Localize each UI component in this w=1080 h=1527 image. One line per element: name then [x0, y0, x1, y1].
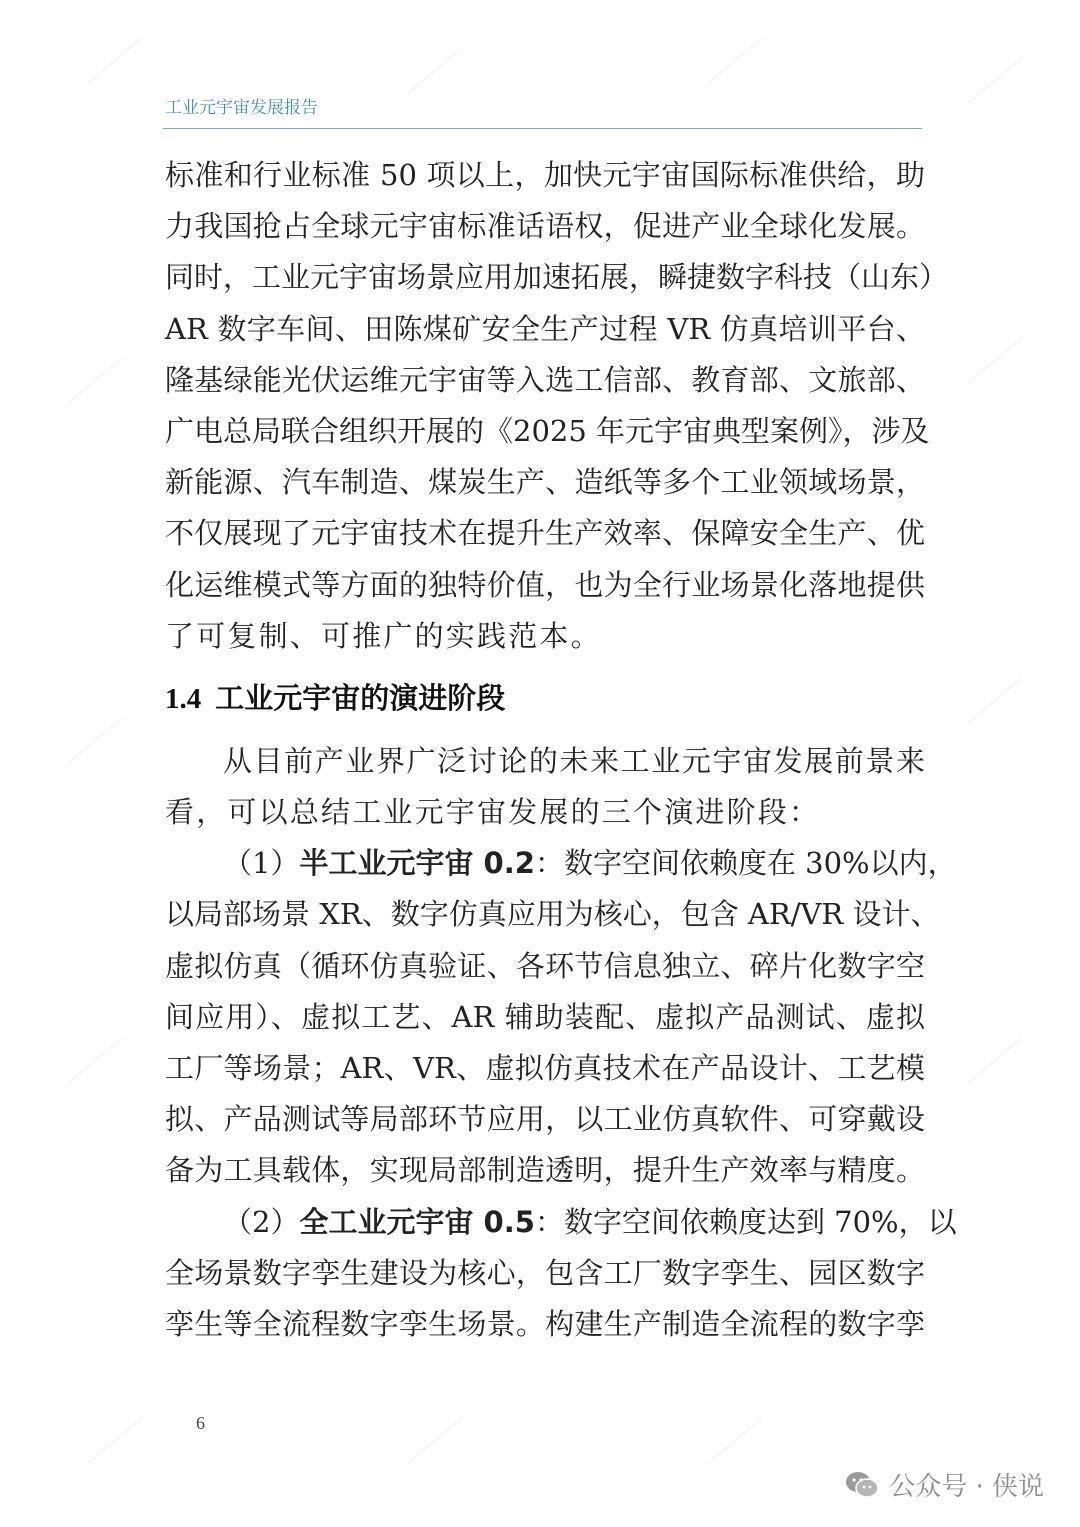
- section-heading: 1.4工业元宇宙的演进阶段: [165, 668, 925, 736]
- running-header-title: 工业元宇宙发展报告: [165, 93, 318, 118]
- text-line: 孪生等全流程数字孪生场景。构建生产制造全流程的数字孪: [165, 1299, 925, 1350]
- text-line: 同时，工业元宇宙场景应用加速拓展，瞬捷数字科技（山东）: [165, 252, 925, 303]
- stage-2-first-line: （2）全工业元宇宙 0.5：数字空间依赖度达到 70%，以: [165, 1197, 925, 1248]
- stage-2-prefix: （2）: [223, 1205, 299, 1239]
- text-line: 工厂等场景；AR、VR、虚拟仿真技术在产品设计、工艺模: [165, 1043, 925, 1094]
- paragraph-stages-intro: 从目前产业界广泛讨论的未来工业元宇宙发展前景来 看，可以总结工业元宇宙发展的三个…: [165, 736, 925, 838]
- stage-2-paragraph: （2）全工业元宇宙 0.5：数字空间依赖度达到 70%，以 全场景数字孪生建设为…: [165, 1197, 925, 1351]
- text-line: 全场景数字孪生建设为核心，包含工厂数字孪生、园区数字: [165, 1248, 925, 1299]
- stage-1-term: 半工业元宇宙 0.2: [299, 846, 534, 880]
- text-line: 标准和行业标准 50 项以上，加快元宇宙国际标准供给，助: [165, 150, 925, 201]
- text-line: 不仅展现了元宇宙技术在提升生产效率、保障安全生产、优: [165, 508, 925, 559]
- section-number: 1.4: [165, 683, 201, 715]
- paragraph-intro: 标准和行业标准 50 项以上，加快元宇宙国际标准供给，助 力我国抢占全球元宇宙标…: [165, 150, 925, 662]
- stage-2-term: 全工业元宇宙 0.5: [299, 1205, 534, 1239]
- stage-1-first-line: （1）半工业元宇宙 0.2：数字空间依赖度在 30%以内，: [165, 838, 925, 889]
- text-line: 新能源、汽车制造、煤炭生产、造纸等多个工业领域场景，: [165, 457, 925, 508]
- watermark-text: 公众号 · 侠说: [889, 1466, 1044, 1503]
- text-line: 力我国抢占全球元宇宙标准话语权，促进产业全球化发展。: [165, 201, 925, 252]
- text-line: 从目前产业界广泛讨论的未来工业元宇宙发展前景来: [165, 736, 925, 787]
- text-line: 拟、产品测试等局部环节应用，以工业仿真软件、可穿戴设: [165, 1094, 925, 1145]
- stage-1-paragraph: （1）半工业元宇宙 0.2：数字空间依赖度在 30%以内， 以局部场景 XR、数…: [165, 838, 925, 1196]
- header-divider: [163, 128, 922, 129]
- text-line: 间应用）、虚拟工艺、AR 辅助装配、虚拟产品测试、虚拟: [165, 992, 925, 1043]
- text-line: AR 数字车间、田陈煤矿安全生产过程 VR 仿真培训平台、: [165, 304, 925, 355]
- text-line: 了可复制、可推广的实践范本。: [165, 611, 925, 662]
- text-line: 看，可以总结工业元宇宙发展的三个演进阶段：: [165, 787, 925, 838]
- page-number: 6: [196, 1413, 205, 1434]
- stage-1-description-start: ：数字空间依赖度在 30%以内，: [535, 846, 957, 880]
- wechat-account-watermark: 公众号 · 侠说: [845, 1466, 1044, 1503]
- text-line: 以局部场景 XR、数字仿真应用为核心，包含 AR/VR 设计、: [165, 889, 925, 940]
- text-line: 广电总局联合组织开展的《2025 年元宇宙典型案例》，涉及: [165, 406, 925, 457]
- stage-1-prefix: （1）: [223, 846, 299, 880]
- text-line: 虚拟仿真（循环仿真验证、各环节信息独立、碎片化数字空: [165, 941, 925, 992]
- wechat-icon: [845, 1470, 879, 1500]
- text-line: 化运维模式等方面的独特价值，也为全行业场景化落地提供: [165, 560, 925, 611]
- text-line: 隆基绿能光伏运维元宇宙等入选工信部、教育部、文旅部、: [165, 355, 925, 406]
- section-title: 工业元宇宙的演进阶段: [215, 681, 505, 715]
- text-line: 备为工具载体，实现局部制造透明，提升生产效率与精度。: [165, 1145, 925, 1196]
- stage-2-description-start: ：数字空间依赖度达到 70%，以: [535, 1205, 957, 1239]
- document-body: 标准和行业标准 50 项以上，加快元宇宙国际标准供给，助 力我国抢占全球元宇宙标…: [165, 150, 925, 1350]
